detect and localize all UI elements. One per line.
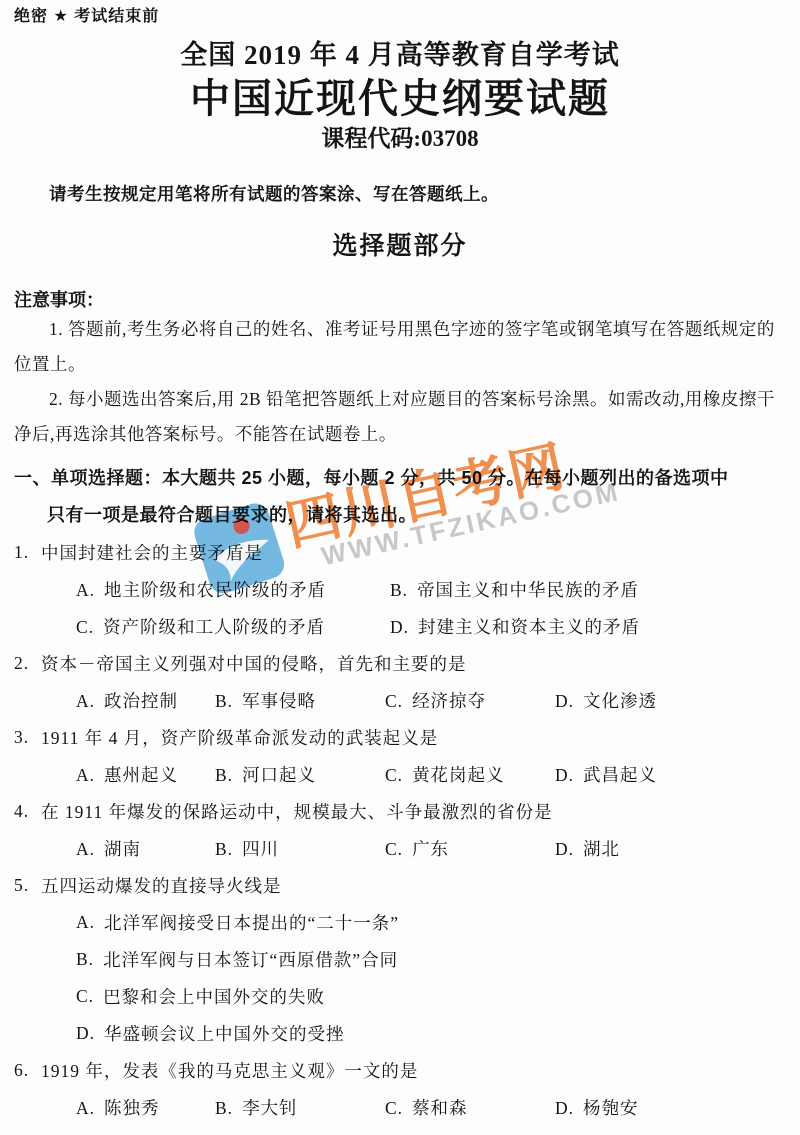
option-label: D. <box>555 691 574 711</box>
question-stem: 2.资本－帝国主义列强对中国的侵略，首先和主要的是 <box>14 645 786 682</box>
classification-banner: 绝密 ★ 考试结束前 <box>14 6 786 28</box>
option-label: B. <box>390 580 408 600</box>
option-3-D: D.武昌起义 <box>555 762 786 787</box>
option-text: 北洋军阀与日本签订“西原借款”合同 <box>103 947 398 972</box>
option-text: 广东 <box>412 839 449 859</box>
option-label: A. <box>76 580 95 600</box>
option-6-D: D.杨匏安 <box>555 1095 786 1120</box>
question-stem: 4.在 1911 年爆发的保路运动中，规模最大、斗争最激烈的省份是 <box>14 793 786 830</box>
question-stem: 5.五四运动爆发的直接导火线是 <box>14 867 786 904</box>
question-stem-text: 在 1911 年爆发的保路运动中，规模最大、斗争最激烈的省份是 <box>41 799 553 824</box>
option-4-D: D.湖北 <box>555 836 786 861</box>
option-label: B. <box>215 691 233 711</box>
option-text: 政治控制 <box>104 691 178 711</box>
question-stem: 3.1911 年 4 月，资产阶级革命派发动的武装起义是 <box>14 719 786 756</box>
option-label: A. <box>76 691 95 711</box>
question-options: A.政治控制B.军事侵略C.经济掠夺D.文化渗透 <box>76 682 786 719</box>
part-title: 选择题部分 <box>14 228 786 264</box>
option-label: D. <box>555 839 574 859</box>
option-text: 陈独秀 <box>104 1098 160 1118</box>
option-text: 蔡和森 <box>412 1098 468 1118</box>
question-options: A.陈独秀B.李大钊C.蔡和森D.杨匏安 <box>76 1089 786 1126</box>
option-text: 黄花岗起义 <box>412 765 505 785</box>
option-text: 杨匏安 <box>583 1098 639 1118</box>
paper-title: 中国近现代史纲要试题 <box>14 74 786 124</box>
option-text: 北洋军阀接受日本提出的“二十一条” <box>104 910 399 935</box>
option-label: C. <box>385 765 403 785</box>
option-label: A. <box>76 839 95 859</box>
question-stem-text: 中国封建社会的主要矛盾是 <box>41 540 263 565</box>
question-stem-text: 资本－帝国主义列强对中国的侵略，首先和主要的是 <box>41 651 467 676</box>
option-text: 四川 <box>242 839 279 859</box>
question-stem-text: 五四运动爆发的直接导火线是 <box>41 873 282 898</box>
option-5-C: C.巴黎和会上中国外交的失败 <box>76 978 786 1015</box>
option-label: D. <box>555 765 574 785</box>
question-options: A.地主阶级和农民阶级的矛盾B.帝国主义和中华民族的矛盾C.资产阶级和工人阶级的… <box>76 571 786 645</box>
option-4-B: B.四川 <box>215 836 385 861</box>
question-number: 3. <box>14 727 41 748</box>
note-2: 2. 每小题选出答案后,用 2B 铅笔把答题纸上对应题目的答案标号涂黑。如需改动… <box>14 382 786 452</box>
question-2: 2.资本－帝国主义列强对中国的侵略，首先和主要的是A.政治控制B.军事侵略C.经… <box>14 645 786 719</box>
option-1-D: D.封建主义和资本主义的矛盾 <box>390 614 786 639</box>
course-code: 课程代码:03708 <box>14 124 786 154</box>
option-text: 文化渗透 <box>583 691 657 711</box>
question-stem: 6.1919 年，发表《我的马克思主义观》一文的是 <box>14 1052 786 1089</box>
option-3-C: C.黄花岗起义 <box>385 762 555 787</box>
question-options: A.北洋军阀接受日本提出的“二十一条”B.北洋军阀与日本签订“西原借款”合同C.… <box>76 904 786 1052</box>
note-1: 1. 答题前,考生务必将自己的姓名、准考证号用黑色字迹的签字笔或钢笔填写在答题纸… <box>14 312 786 382</box>
question-number: 5. <box>14 875 41 896</box>
option-text: 经济掠夺 <box>412 691 486 711</box>
question-number: 6. <box>14 1060 41 1081</box>
question-3: 3.1911 年 4 月，资产阶级革命派发动的武装起义是A.惠州起义B.河口起义… <box>14 719 786 793</box>
option-5-D: D.华盛顿会议上中国外交的受挫 <box>76 1015 786 1052</box>
option-label: C. <box>76 986 94 1007</box>
question-stem-text: 1919 年，发表《我的马克思主义观》一文的是 <box>41 1058 418 1083</box>
question-stem-text: 1911 年 4 月，资产阶级革命派发动的武装起义是 <box>41 725 438 750</box>
question-6: 6.1919 年，发表《我的马克思主义观》一文的是A.陈独秀B.李大钊C.蔡和森… <box>14 1052 786 1126</box>
option-1-A: A.地主阶级和农民阶级的矛盾 <box>76 577 390 602</box>
option-text: 湖南 <box>104 839 141 859</box>
question-list: 1.中国封建社会的主要矛盾是A.地主阶级和农民阶级的矛盾B.帝国主义和中华民族的… <box>14 534 786 1126</box>
option-4-A: A.湖南 <box>76 836 215 861</box>
option-text: 帝国主义和中华民族的矛盾 <box>417 580 639 600</box>
question-1: 1.中国封建社会的主要矛盾是A.地主阶级和农民阶级的矛盾B.帝国主义和中华民族的… <box>14 534 786 645</box>
option-3-A: A.惠州起义 <box>76 762 215 787</box>
option-label: C. <box>76 617 94 637</box>
question-4: 4.在 1911 年爆发的保路运动中，规模最大、斗争最激烈的省份是A.湖南B.四… <box>14 793 786 867</box>
exam-title: 全国 2019 年 4 月高等教育自学考试 <box>14 36 786 74</box>
option-6-C: C.蔡和森 <box>385 1095 555 1120</box>
question-options: A.湖南B.四川C.广东D.湖北 <box>76 830 786 867</box>
pen-notice: 请考生按规定用笔将所有试题的答案涂、写在答题纸上。 <box>14 182 786 206</box>
option-text: 河口起义 <box>242 765 316 785</box>
option-text: 武昌起义 <box>583 765 657 785</box>
option-label: A. <box>76 1098 95 1118</box>
option-label: C. <box>385 1098 403 1118</box>
option-label: B. <box>215 839 233 859</box>
option-1-B: B.帝国主义和中华民族的矛盾 <box>390 577 786 602</box>
question-number: 4. <box>14 801 41 822</box>
option-text: 军事侵略 <box>242 691 316 711</box>
option-label: D. <box>555 1098 574 1118</box>
option-label: B. <box>215 765 233 785</box>
option-5-B: B.北洋军阀与日本签订“西原借款”合同 <box>76 941 786 978</box>
option-label: A. <box>76 912 95 933</box>
option-3-B: B.河口起义 <box>215 762 385 787</box>
option-text: 李大钊 <box>242 1098 298 1118</box>
question-options: A.惠州起义B.河口起义C.黄花岗起义D.武昌起义 <box>76 756 786 793</box>
option-text: 资产阶级和工人阶级的矛盾 <box>103 617 325 637</box>
option-label: D. <box>390 617 409 637</box>
option-label: B. <box>215 1098 233 1118</box>
option-text: 地主阶级和农民阶级的矛盾 <box>104 580 326 600</box>
option-text: 华盛顿会议上中国外交的受挫 <box>104 1021 345 1046</box>
option-label: C. <box>385 839 403 859</box>
option-2-B: B.军事侵略 <box>215 688 385 713</box>
option-text: 湖北 <box>583 839 620 859</box>
question-stem: 1.中国封建社会的主要矛盾是 <box>14 534 786 571</box>
option-5-A: A.北洋军阀接受日本提出的“二十一条” <box>76 904 786 941</box>
option-text: 封建主义和资本主义的矛盾 <box>418 617 640 637</box>
option-label: B. <box>76 949 94 970</box>
option-4-C: C.广东 <box>385 836 555 861</box>
option-2-D: D.文化渗透 <box>555 688 786 713</box>
option-1-C: C.资产阶级和工人阶级的矛盾 <box>76 614 390 639</box>
option-2-A: A.政治控制 <box>76 688 215 713</box>
question-number: 2. <box>14 653 41 674</box>
section-one-heading-line1: 一、单项选择题：本大题共 25 小题，每小题 2 分，共 50 分。在每小题列出… <box>14 460 786 497</box>
notes-heading: 注意事项： <box>14 288 786 312</box>
section-one-heading: 一、单项选择题：本大题共 25 小题，每小题 2 分，共 50 分。在每小题列出… <box>14 460 786 534</box>
option-text: 巴黎和会上中国外交的失败 <box>103 984 325 1009</box>
option-label: D. <box>76 1023 95 1044</box>
option-text: 惠州起义 <box>104 765 178 785</box>
section-one-heading-line2: 只有一项是最符合题目要求的，请将其选出。 <box>14 497 786 534</box>
option-label: C. <box>385 691 403 711</box>
option-6-B: B.李大钊 <box>215 1095 385 1120</box>
question-5: 5.五四运动爆发的直接导火线是A.北洋军阀接受日本提出的“二十一条”B.北洋军阀… <box>14 867 786 1052</box>
exam-paper-page: 绝密 ★ 考试结束前 全国 2019 年 4 月高等教育自学考试 中国近现代史纲… <box>0 0 800 1135</box>
option-6-A: A.陈独秀 <box>76 1095 215 1120</box>
question-number: 1. <box>14 542 41 563</box>
option-label: A. <box>76 765 95 785</box>
option-2-C: C.经济掠夺 <box>385 688 555 713</box>
